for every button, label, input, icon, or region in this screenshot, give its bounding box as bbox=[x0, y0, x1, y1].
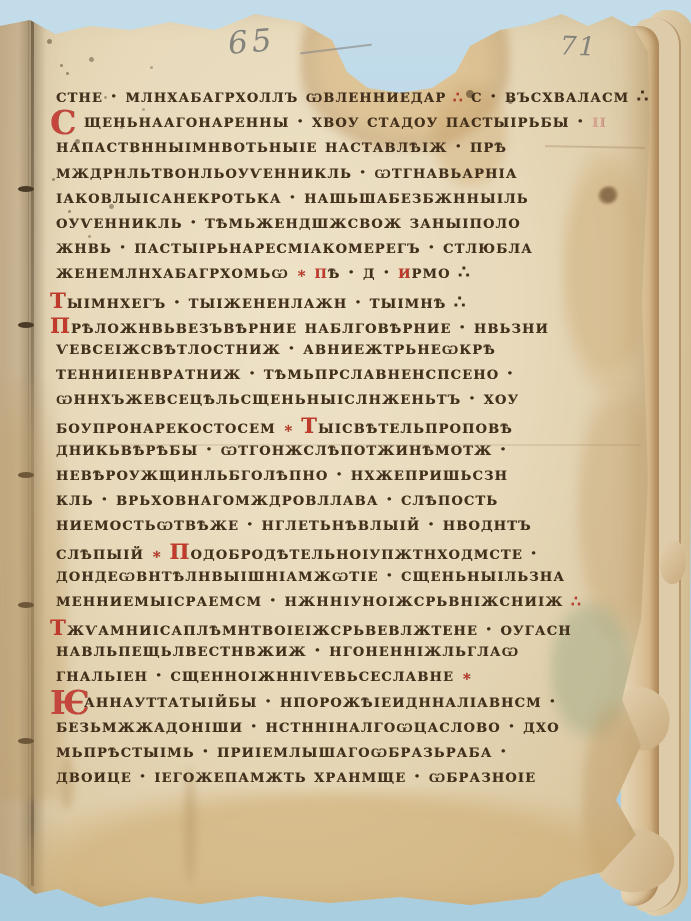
water-stain-bottom bbox=[20, 790, 650, 920]
text-line-13: ѡннхъжевсецѣльсщеньныіслнженьтъ · хоу bbox=[56, 388, 634, 413]
text-segment: двоице · іегожепамжть хранмще · ѡбразноі… bbox=[56, 766, 536, 787]
rubric-initial: П bbox=[169, 539, 190, 564]
text-segment: напаствнныімнвотьныіе наставлѣіж · прѣ bbox=[56, 136, 507, 157]
text-segment: ниемостьѡтвѣже · нглетьнѣвлыій · нводнтъ bbox=[56, 514, 532, 535]
text-segment: слѣпыій bbox=[56, 543, 151, 564]
rosette-mark: ∴ bbox=[446, 88, 463, 106]
rosette-mark: ∗ bbox=[462, 667, 474, 685]
text-segment: безьмжжадоніши · нстнніналгоѡцаслово · д… bbox=[56, 716, 560, 737]
text-line-28: двоице · іегожепамжть хранмще · ѡбразноі… bbox=[56, 766, 634, 791]
text-segment: менниемыісраемсм · нжнніуноіжсрьвніжсниі… bbox=[56, 590, 571, 611]
text-segment: оуѵенникль · тѣмьжендшжсвож заныіполо bbox=[56, 212, 521, 233]
text-segment: ѡннхъжевсецѣльсщеньныіслнженьтъ · хоу bbox=[56, 388, 519, 409]
rubric-initial: Т bbox=[50, 288, 67, 313]
text-line-17: кль · врьховнагомждровллава · слѣпость bbox=[56, 489, 634, 514]
rubric-initial: П bbox=[50, 313, 71, 338]
text-segment: ыімнхегъ · тыіжененлажн · тыімнѣ ∴ bbox=[67, 292, 467, 313]
text-line-19: слѣпыій ∗ Подобродѣтельноіупжтнходмсте · bbox=[56, 539, 634, 564]
text-line-2: Сщеньнаагонаренны · хвоу стадоу пастыірь… bbox=[56, 111, 634, 136]
text-segment: гнальіен · сщенноіжнніѵевьсеславне bbox=[56, 665, 462, 686]
sewing-station bbox=[18, 186, 34, 192]
text-segment: кль · врьховнагомждровллава · слѣпость bbox=[56, 489, 498, 510]
text-segment: дникьвѣрѣбы · ѡтгонжслѣпотжинѣмотж · bbox=[56, 439, 507, 460]
text-segment: аннауттатыійбы · нпорожѣіеиднналіавнсм · bbox=[84, 691, 557, 712]
text-segment: боупронарекостосем bbox=[56, 417, 283, 438]
text-segment: стне · млнхабагрхоллъ ѡвленниедар bbox=[56, 86, 446, 107]
text-line-14: боупронарекостосем ∗ Тыісвѣтельпроповѣ bbox=[56, 413, 634, 438]
text-line-11: ѵевсеіжсвѣтлостниж · авниежтрьнеѡкрѣ bbox=[56, 338, 634, 363]
text-segment: тенниіенвратниж · тѣмьпрславненспсено · bbox=[56, 363, 514, 384]
rosette-mark: ∴ bbox=[571, 592, 582, 610]
text-line-23: навльпещьлвестнвжиж · нгоненніжльглаѡ bbox=[56, 640, 634, 665]
text-line-9: Тыімнхегъ · тыіжененлажн · тыімнѣ ∴ bbox=[56, 288, 634, 313]
text-line-21: менниемыісраемсм · нжнніуноіжсрьвніжсниі… bbox=[56, 590, 634, 615]
text-line-25: Ѥаннауттатыійбы · нпорожѣіеиднналіавнсм … bbox=[56, 691, 634, 716]
rubric-initial: п bbox=[314, 262, 327, 283]
text-segment: дондеѡвнтѣлнвыішніамжѡтіе · сщеньныільзн… bbox=[56, 565, 565, 586]
text-line-4: мждрнльтвонльоуѵенникль · ѡтгнавьарніа bbox=[56, 162, 634, 187]
text-segment: ѣ · д · bbox=[328, 262, 398, 283]
text-segment: ѵевсеіжсвѣтлостниж · авниежтрьнеѡкрѣ bbox=[56, 338, 496, 359]
text-segment: іаковлыісанекротька · нашьшабезбжнныіль bbox=[56, 187, 529, 208]
text-segment: мждрнльтвонльоуѵенникль · ѡтгнавьарніа bbox=[56, 162, 518, 183]
text-line-1: стне · млнхабагрхоллъ ѡвленниедар ∴ с · … bbox=[56, 86, 634, 111]
rosette-mark: ∗ bbox=[151, 545, 169, 563]
text-segment: рѣложнвьвезъвѣрние наблговѣрние · нвьзни bbox=[71, 317, 549, 338]
text-line-8: женемлнхабагрхомьѡ ∗ пѣ · д · ирмо ∴ bbox=[56, 262, 634, 287]
text-line-3: напаствнныімнвотьныіе наставлѣіж · прѣ bbox=[56, 136, 634, 161]
text-line-26: безьмжжадоніши · нстнніналгоѡцаслово · д… bbox=[56, 716, 634, 741]
rosette-mark: ∗ bbox=[283, 419, 301, 437]
text-line-5: іаковлыісанекротька · нашьшабезбжнныіль bbox=[56, 187, 634, 212]
pencil-folio-number-center: 65 bbox=[227, 22, 277, 62]
text-segment: жѵамниісаплѣмнтвоіеіжсрьвевлжтене · оуга… bbox=[67, 619, 572, 640]
text-line-24: гнальіен · сщенноіжнніѵевьсеславне ∗ bbox=[56, 665, 634, 690]
text-segment: мьпрѣстыімь · приіемлышагоѡбразьраба · bbox=[56, 741, 507, 762]
text-line-18: ниемостьѡтвѣже · нглетьнѣвлыій · нводнтъ bbox=[56, 514, 634, 539]
text-line-20: дондеѡвнтѣлнвыішніамжѡтіе · сщеньныільзн… bbox=[56, 565, 634, 590]
rosette-mark: ∗ bbox=[296, 264, 314, 282]
text-line-7: жнвь · пастыірьнаресміакомерегъ · стлюбл… bbox=[56, 237, 634, 262]
text-line-22: Тжѵамниісаплѣмнтвоіеіжсрьвевлжтене · оуг… bbox=[56, 615, 634, 640]
text-segment: щеньнаагонаренны · хвоу стадоу пастыірьб… bbox=[84, 111, 585, 132]
rubric-initial: и bbox=[398, 262, 411, 283]
manuscript-photograph: 65 71 стне · млнхабагрхоллъ ѡвленниедар … bbox=[0, 0, 691, 921]
faded-rubric-mark: іі bbox=[585, 111, 607, 132]
text-line-10: Прѣложнвьвезъвѣрние наблговѣрние · нвьзн… bbox=[56, 313, 634, 338]
rubric-initial: Т bbox=[50, 615, 67, 640]
text-line-6: оуѵенникль · тѣмьжендшжсвож заныіполо bbox=[56, 212, 634, 237]
text-segment: ыісвѣтельпроповѣ bbox=[318, 417, 513, 438]
text-segment: жнвь · пастыірьнаресміакомерегъ · стлюбл… bbox=[56, 237, 533, 258]
text-segment: женемлнхабагрхомьѡ bbox=[56, 262, 296, 283]
pencil-folio-number-corner: 71 bbox=[559, 31, 597, 62]
text-line-16: невѣроужщинльбголѣпно · нхжепришьсзн bbox=[56, 464, 634, 489]
text-line-12: тенниіенвратниж · тѣмьпрславненспсено · bbox=[56, 363, 634, 388]
text-segment: рмо ∴ bbox=[412, 262, 471, 283]
gutter-speckles bbox=[0, 0, 3, 3]
text-segment: одобродѣтельноіупжтнходмсте · bbox=[190, 543, 537, 564]
text-line-15: дникьвѣрѣбы · ѡтгонжслѣпотжинѣмотж · bbox=[56, 439, 634, 464]
sewing-station bbox=[18, 322, 34, 328]
text-line-27: мьпрѣстыімь · приіемлышагоѡбразьраба · bbox=[56, 741, 634, 766]
text-segment: навльпещьлвестнвжиж · нгоненніжльглаѡ bbox=[56, 640, 519, 661]
text-segment: невѣроужщинльбголѣпно · нхжепришьсзн bbox=[56, 464, 508, 485]
text-segment: с · въсхваласм ∴ bbox=[464, 86, 650, 107]
rubric-initial: Т bbox=[301, 413, 318, 438]
text-block: стне · млнхабагрхоллъ ѡвленниедар ∴ с · … bbox=[56, 86, 634, 791]
